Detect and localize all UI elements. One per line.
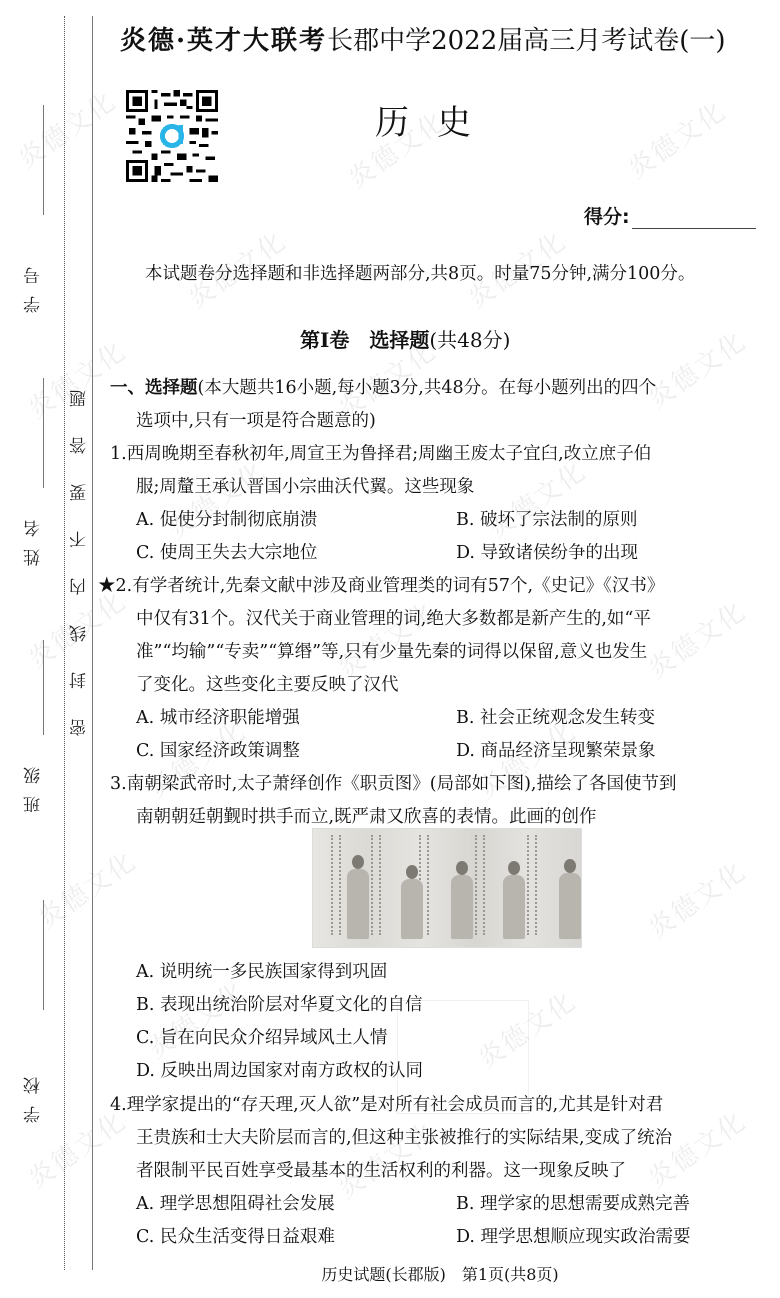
section-title-score: (共48分) xyxy=(429,328,510,352)
exam-instructions: 本试题卷分选择题和非选择题两部分,共8页。时量75分钟,满分100分。 xyxy=(110,258,765,291)
question-2: ★2.有学者统计,先秦文献中涉及商业管理类的词有57个,《史记》《汉书》 中仅有… xyxy=(98,570,753,768)
part-instruction: (本大题共16小题,每小题3分,共48分。在每小题列出的四个 xyxy=(198,378,657,398)
seal-char: 内 xyxy=(67,578,92,595)
option-c[interactable]: C. 旨在向民众介绍异域风土人情 xyxy=(136,1022,765,1055)
watermark: 炎德文化 xyxy=(620,91,733,186)
question-stem: 南朝梁武帝时,太子萧绎创作《职贡图》(局部如下图),描绘了各国使节到 xyxy=(127,774,677,794)
exam-title: 炎德·英才大联考长郡中学2022届高三月考试卷(一) xyxy=(120,20,726,57)
page-footer: 历史试题(长郡版) 第1页(共8页) xyxy=(110,1262,770,1285)
part-title: 一、选择题 xyxy=(110,378,198,398)
section-title-main: 第Ⅰ卷 选择题 xyxy=(300,328,429,352)
dotted-seal-line xyxy=(64,16,65,1270)
class-blank[interactable] xyxy=(43,640,44,735)
seal-char: 答 xyxy=(67,437,92,454)
binding-margin: 学号 姓名 班级 学校 题 答 要 不 内 线 封 密 xyxy=(0,0,100,1298)
option-a[interactable]: A. 理学思想阻碍社会发展 xyxy=(136,1188,456,1221)
seal-notice: 题 答 要 不 内 线 封 密 xyxy=(68,390,90,736)
option-a[interactable]: A. 促使分封制彻底崩溃 xyxy=(136,504,456,537)
field-student-number[interactable]: 学号 xyxy=(22,105,44,313)
option-b[interactable]: B. 表现出统治阶层对华夏文化的自信 xyxy=(136,989,765,1022)
seal-char: 不 xyxy=(67,531,92,548)
class-label: 班级 xyxy=(21,755,46,813)
question-number: 4. xyxy=(110,1095,127,1115)
question-4: 4.理学家提出的“存天理,灭人欲”是对所有社会成员而言的,尤其是针对君 王贵族和… xyxy=(110,1089,765,1254)
option-b[interactable]: B. 社会正统观念发生转变 xyxy=(456,702,776,735)
question-1: 1.西周晚期至春秋初年,周宣王为鲁择君;周幽王废太子宜臼,改立庶子伯 服;周釐王… xyxy=(110,438,765,570)
option-d[interactable]: D. 反映出周边国家对南方政权的认同 xyxy=(136,1055,765,1088)
exam-brand: 炎德·英才大联考 xyxy=(120,26,327,56)
option-a[interactable]: A. 说明统一多民族国家得到巩固 xyxy=(136,956,765,989)
question-3-options: A. 说明统一多民族国家得到巩固 B. 表现出统治阶层对华夏文化的自信 C. 旨… xyxy=(110,956,765,1088)
question-stem: 者限制平民百姓享受最基本的生活权利的利器。这一现象反映了 xyxy=(110,1155,765,1188)
watermark: 炎德文化 xyxy=(640,851,753,946)
seal-char: 题 xyxy=(67,390,92,407)
seal-char: 线 xyxy=(67,625,92,642)
question-3: 3.南朝梁武帝时,太子萧绎创作《职贡图》(局部如下图),描绘了各国使节到 南朝朝… xyxy=(110,768,765,834)
option-a[interactable]: A. 城市经济职能增强 xyxy=(136,702,456,735)
question-stem: 理学家提出的“存天理,灭人欲”是对所有社会成员而言的,尤其是针对君 xyxy=(127,1095,664,1115)
star-icon: ★ xyxy=(98,576,116,596)
question-stem: 中仅有31个。汉代关于商业管理的词,绝大多数都是新产生的,如“平 xyxy=(98,603,753,636)
question-stem: 有学者统计,先秦文献中涉及商业管理类的词有57个,《史记》《汉书》 xyxy=(132,576,664,596)
field-name[interactable]: 姓名 xyxy=(22,378,44,566)
question-number: 1. xyxy=(110,444,127,464)
tribute-painting-image xyxy=(312,828,582,948)
name-label: 姓名 xyxy=(21,508,46,566)
question-stem: 西周晚期至春秋初年,周宣王为鲁择君;周幽王废太子宜臼,改立庶子伯 xyxy=(127,444,652,464)
field-class[interactable]: 班级 xyxy=(22,640,44,813)
name-blank[interactable] xyxy=(43,378,44,488)
qr-code-icon[interactable] xyxy=(126,90,218,182)
option-b[interactable]: B. 理学家的思想需要成熟完善 xyxy=(456,1188,776,1221)
option-d[interactable]: D. 导致诸侯纷争的出现 xyxy=(456,537,776,570)
question-stem: 王贵族和士大夫阶层而言的,但这种主张被推行的实际结果,变成了统治 xyxy=(110,1122,765,1155)
seal-char: 密 xyxy=(67,719,92,736)
student-number-blank[interactable] xyxy=(43,105,44,215)
option-d[interactable]: D. 商品经济呈现繁荣景象 xyxy=(456,735,776,768)
option-b[interactable]: B. 破坏了宗法制的原则 xyxy=(456,504,776,537)
question-stem: 了变化。这些变化主要反映了汉代 xyxy=(98,669,753,702)
question-number: 3. xyxy=(110,774,127,794)
option-d[interactable]: D. 理学思想顺应现实政治需要 xyxy=(456,1221,776,1254)
option-c[interactable]: C. 使周王失去大宗地位 xyxy=(136,537,456,570)
school-label: 学校 xyxy=(21,1065,46,1123)
question-number: 2. xyxy=(116,576,133,596)
question-stem: 服;周釐王承认晋国小宗曲沃代翼。这些现象 xyxy=(110,471,765,504)
option-c[interactable]: C. 国家经济政策调整 xyxy=(136,735,456,768)
margin-rule xyxy=(92,16,93,1270)
seal-char: 封 xyxy=(67,672,92,689)
score-field[interactable]: 得分: xyxy=(584,202,756,229)
exam-title-text: 长郡中学2022届高三月考试卷(一) xyxy=(327,26,725,56)
school-blank[interactable] xyxy=(43,900,44,1010)
score-label: 得分: xyxy=(584,202,630,229)
student-number-label: 学号 xyxy=(21,255,46,313)
section-title: 第Ⅰ卷 选择题(共48分) xyxy=(300,324,510,357)
part-instruction-cont: 选项中,只有一项是符合题意的) xyxy=(110,405,765,438)
subject-title: 历史 xyxy=(375,95,499,144)
score-blank[interactable] xyxy=(632,208,756,229)
field-school[interactable]: 学校 xyxy=(22,900,44,1123)
seal-char: 要 xyxy=(67,484,92,501)
option-c[interactable]: C. 民众生活变得日益艰难 xyxy=(136,1221,456,1254)
part-heading: 一、选择题(本大题共16小题,每小题3分,共48分。在每小题列出的四个 选项中,… xyxy=(110,372,765,438)
question-stem: 准”“均输”“专卖”“算缗”等,只有少量先秦的词得以保留,意义也发生 xyxy=(98,636,753,669)
